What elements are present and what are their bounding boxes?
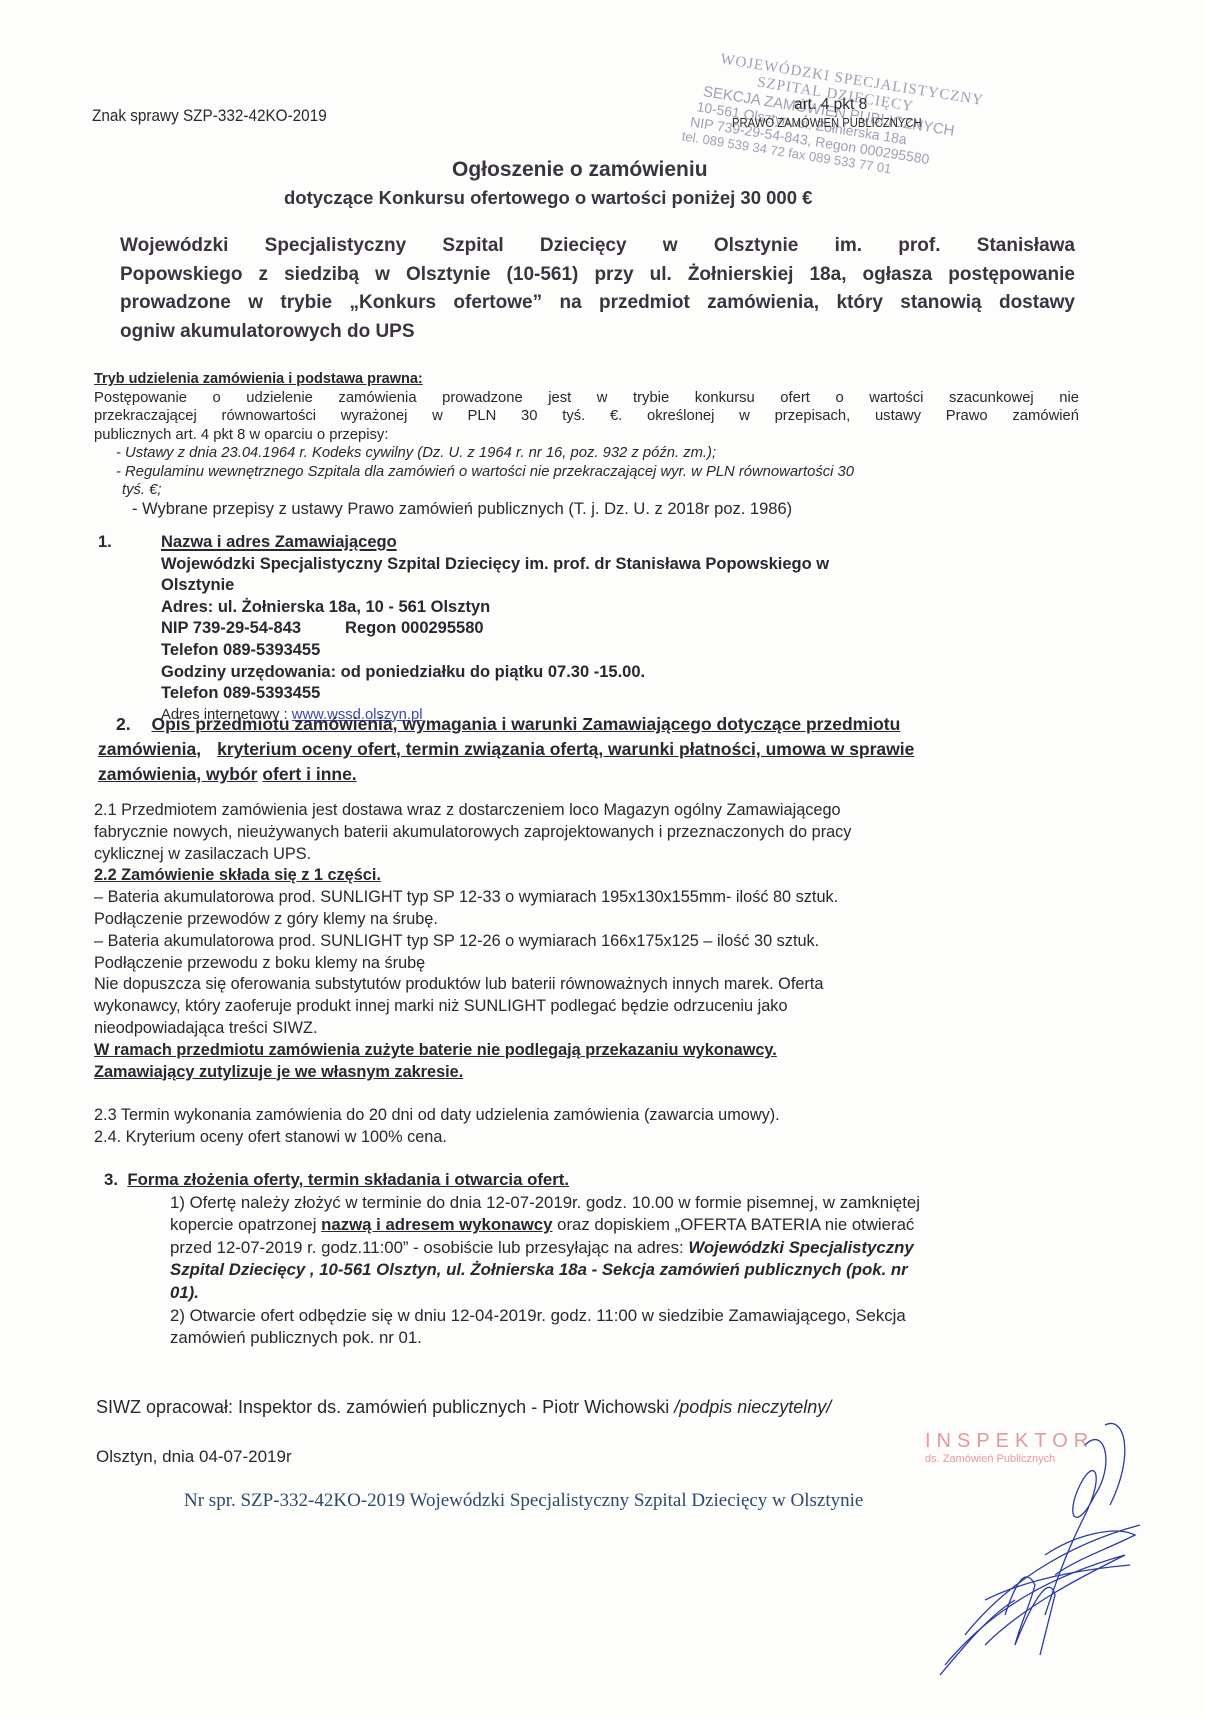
section-2-heading: 2. Opis przedmiotu zamówienia, wymagania…	[98, 712, 1098, 787]
intro-line: ogniw akumulatorowych do UPS	[120, 318, 1075, 347]
section-3-heading-row: 3. Forma złożenia oferty, termin składan…	[104, 1169, 1104, 1192]
legal-basis-line: przekraczającej równowartości wyrażonej …	[94, 407, 1079, 426]
legal-basis-line: Postępowanie o udzielenie zamówienia pro…	[94, 389, 1079, 408]
preparer-name: Inspektor ds. zamówień publicznych - Pio…	[238, 1397, 669, 1417]
signature-note: /podpis nieczytelny/	[669, 1397, 831, 1417]
item1-line: Szpital Dziecięcy , 10-561 Olsztyn, ul. …	[104, 1259, 1104, 1282]
legal-basis-item: - Wybrane przepisy z ustawy Prawo zamówi…	[94, 500, 1079, 519]
phone: Telefon 089-5393455	[161, 640, 1081, 662]
p24: 2.4. Kryterium oceny ofert stanowi w 100…	[94, 1127, 1094, 1149]
section-heading: Nazwa i adres Zamawiającego	[161, 532, 1081, 554]
section-number: 2.	[98, 714, 131, 734]
contractor-address: Adres: ul. Żołnierska 18a, 10 - 561 Olsz…	[161, 597, 1081, 619]
hospital-stamp: WOJEWÓDZKI SPECJALISTYCZNY SZPITAL DZIEC…	[677, 48, 1036, 249]
legal-basis-line: publicznych art. 4 pkt 8 w oparciu o prz…	[94, 426, 1079, 445]
p22-line: – Bateria akumulatorowa prod. SUNLIGHT t…	[94, 931, 1094, 953]
contractor-name: Wojewódzki Specjalistyczny Szpital Dziec…	[161, 554, 1081, 576]
notice-line: Zamawiający zutylizuje je we własnym zak…	[94, 1062, 1094, 1084]
nip: NIP 739-29-54-843	[161, 619, 301, 637]
section-number: 1.	[98, 532, 112, 554]
page-title: Ogłoszenie o zamówieniu	[452, 158, 708, 182]
item2-line: zamówień publicznych pok. nr 01.	[104, 1327, 1104, 1350]
p21-line: 2.1 Przedmiotem zamówienia jest dostawa …	[94, 800, 1094, 822]
legal-basis-item: tyś. €;	[94, 481, 1079, 500]
regon: Regon 000295580	[345, 619, 484, 637]
stamp-article: art. 4 pkt 8	[794, 96, 867, 114]
phone: Telefon 089-5393455	[161, 683, 1081, 705]
heading-part: ofert i inne.	[262, 764, 356, 784]
heading-part: kryterium oceny ofert, termin związania …	[217, 739, 914, 759]
p22-line: – Bateria akumulatorowa prod. SUNLIGHT t…	[94, 887, 1094, 909]
intro-paragraph: Wojewódzki Specjalistyczny Szpital Dziec…	[120, 232, 1075, 346]
section-heading: Forma złożenia oferty, termin składania …	[127, 1170, 569, 1189]
item1-line: 1) Ofertę należy złożyć w terminie do dn…	[104, 1192, 1104, 1215]
section-number: 3.	[104, 1170, 118, 1189]
intro-line: Wojewódzki Specjalistyczny Szpital Dziec…	[120, 232, 1075, 261]
item1-line: kopercie opatrzonej nazwą i adresem wyko…	[104, 1214, 1104, 1237]
item2-line: 2) Otwarcie ofert odbędzie się w dniu 12…	[104, 1305, 1104, 1328]
heading-part: zamówienia,	[98, 739, 201, 759]
p22-line: wykonawcy, który zaoferuje produkt innej…	[94, 996, 1094, 1018]
p21-line: cyklicznej w zasilaczach UPS.	[94, 844, 1094, 866]
case-number: Znak sprawy SZP-332-42KO-2019	[92, 106, 327, 126]
office-hours: Godziny urzędowania: od poniedziałku do …	[161, 662, 1081, 684]
footer-line: Nr spr. SZP-332-42KO-2019 Wojewódzki Spe…	[184, 1490, 863, 1512]
legal-basis-item: - Regulaminu wewnętrznego Szpitala dla z…	[94, 463, 1079, 482]
document-page: WOJEWÓDZKI SPECJALISTYCZNY SZPITAL DZIEC…	[0, 0, 1205, 1718]
heading-part: zamówienia, wybór	[98, 764, 257, 784]
contractor-name-cont: Olsztynie	[161, 575, 1081, 597]
legal-basis-heading: Tryb udzielenia zamówienia i podstawa pr…	[94, 370, 1079, 389]
item1-line: 01).	[104, 1282, 1104, 1305]
contractor-name-emphasis: nazwą i adresem wykonawcy	[321, 1215, 552, 1234]
legal-basis-item: - Ustawy z dnia 23.04.1964 r. Kodeks cyw…	[94, 444, 1079, 463]
heading-part: Opis przedmiotu zamówienia, wymagania i …	[151, 714, 900, 734]
stamp-law: PRAWO ZAMÓWIEŃ PUBLICZNYCH	[732, 116, 922, 130]
prepared-by: SIWZ opracował: Inspektor ds. zamówień p…	[96, 1397, 831, 1418]
p22-heading: 2.2 Zamówienie składa się z 1 części.	[94, 865, 1094, 887]
p22-line: Podłączenie przewodów z góry klemy na śr…	[94, 909, 1094, 931]
p23: 2.3 Termin wykonania zamówienia do 20 dn…	[94, 1105, 1094, 1127]
item1-line: przed 12-07-2019 r. godz.11:00” - osobiś…	[104, 1237, 1104, 1260]
signature-icon	[905, 1385, 1145, 1685]
legal-basis: Tryb udzielenia zamówienia i podstawa pr…	[94, 370, 1079, 518]
p21-line: fabrycznie nowych, nieużywanych baterii …	[94, 822, 1094, 844]
notice-line: W ramach przedmiotu zamówienia zużyte ba…	[94, 1040, 1094, 1062]
contractor-ids: NIP 739-29-54-843Regon 000295580	[161, 618, 1081, 640]
page-subtitle: dotyczące Konkursu ofertowego o wartości…	[284, 187, 812, 209]
place-date: Olsztyn, dnia 04-07-2019r	[96, 1447, 292, 1467]
section-2-body: 2.1 Przedmiotem zamówienia jest dostawa …	[94, 800, 1094, 1149]
section-3: 3. Forma złożenia oferty, termin składan…	[104, 1169, 1104, 1350]
p22-line: nieodpowiadająca treści SIWZ.	[94, 1018, 1094, 1040]
intro-line: Popowskiego z siedzibą w Olsztynie (10-5…	[120, 261, 1075, 290]
p22-line: Podłączenie przewodu z boku klemy na śru…	[94, 953, 1094, 975]
p22-line: Nie dopuszcza się oferowania substytutów…	[94, 974, 1094, 996]
intro-line: prowadzone w trybie „Konkurs ofertowe” n…	[120, 289, 1075, 318]
section-1-body: Nazwa i adres Zamawiającego Wojewódzki S…	[161, 532, 1081, 726]
